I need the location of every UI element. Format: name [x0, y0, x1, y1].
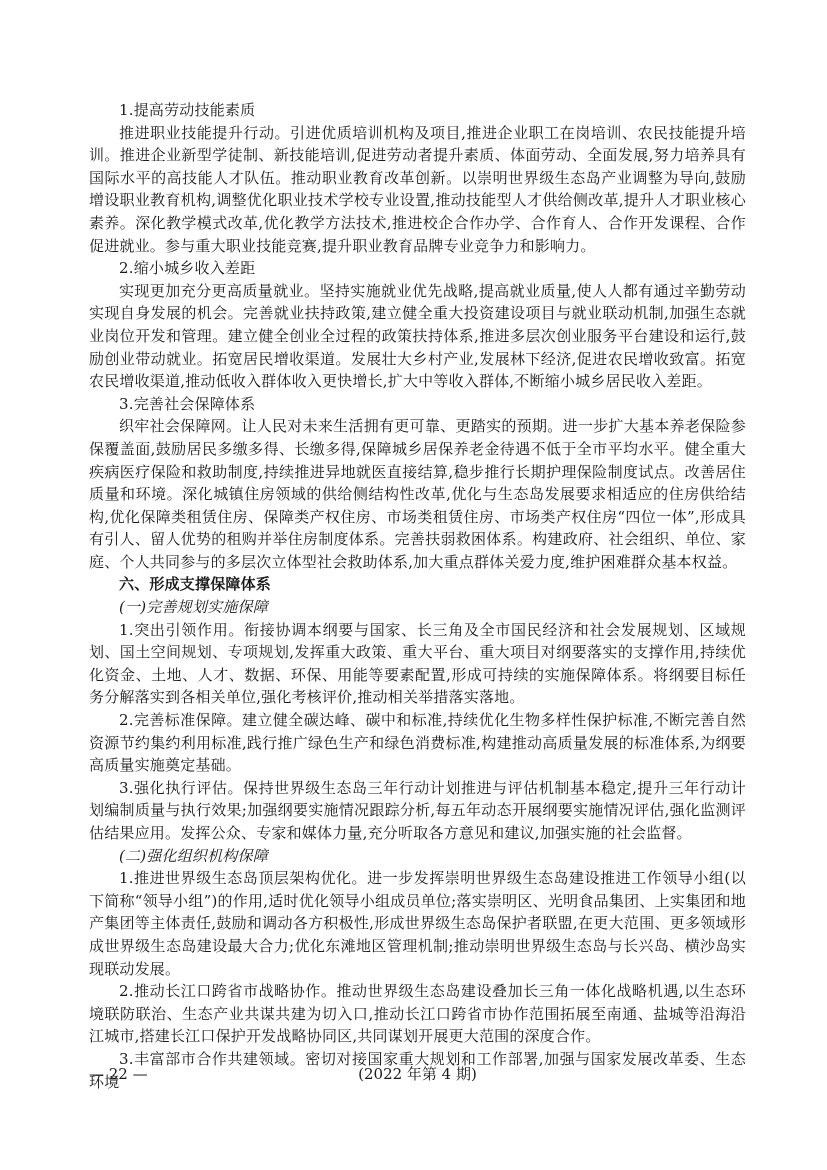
document-content: 1.提高劳动技能素质 推进职业技能提升行动。引进优质培训机构及项目,推进企业职工…	[89, 99, 746, 1093]
subsection-title: (二)强化组织机构保障	[89, 845, 746, 868]
body-paragraph: 2.完善标准保障。建立健全碳达峰、碳中和标准,持续优化生物多样性保护标准,不断完…	[89, 709, 746, 777]
issue-label: (2022 年第 4 期)	[89, 1063, 746, 1086]
document-page: 1.提高劳动技能素质 推进职业技能提升行动。引进优质培训机构及项目,推进企业职工…	[0, 0, 827, 1170]
body-paragraph: 织牢社会保障网。让人民对未来生活拥有更可靠、更踏实的预期。进一步扩大基本养老保险…	[89, 415, 746, 573]
item-title: 2.缩小城乡收入差距	[89, 257, 746, 280]
page-number: — 22 —	[89, 1063, 148, 1086]
body-paragraph: 推进职业技能提升行动。引进优质培训机构及项目,推进企业职工在岗培训、农民技能提升…	[89, 122, 746, 258]
subsection-title: (一)完善规划实施保障	[89, 596, 746, 619]
body-paragraph: 2.推动长江口跨省市战略协作。推动世界级生态岛建设叠加长三角一体化战略机遇,以生…	[89, 980, 746, 1048]
body-paragraph: 1.突出引领作用。衔接协调本纲要与国家、长三角及全市国民经济和社会发展规划、区域…	[89, 619, 746, 709]
page-footer: (2022 年第 4 期) — 22 —	[89, 1063, 746, 1087]
body-paragraph: 3.强化执行评估。保持世界级生态岛三年行动计划推进与评估机制基本稳定,提升三年行…	[89, 777, 746, 845]
section-title: 六、形成支撑保障体系	[89, 573, 746, 596]
item-title: 1.提高劳动技能素质	[89, 99, 746, 122]
body-paragraph: 1.推进世界级生态岛顶层架构优化。进一步发挥崇明世界级生态岛建设推进工作领导小组…	[89, 867, 746, 980]
body-paragraph: 实现更加充分更高质量就业。坚持实施就业优先战略,提高就业质量,使人人都有通过辛勤…	[89, 280, 746, 393]
item-title: 3.完善社会保障体系	[89, 393, 746, 416]
